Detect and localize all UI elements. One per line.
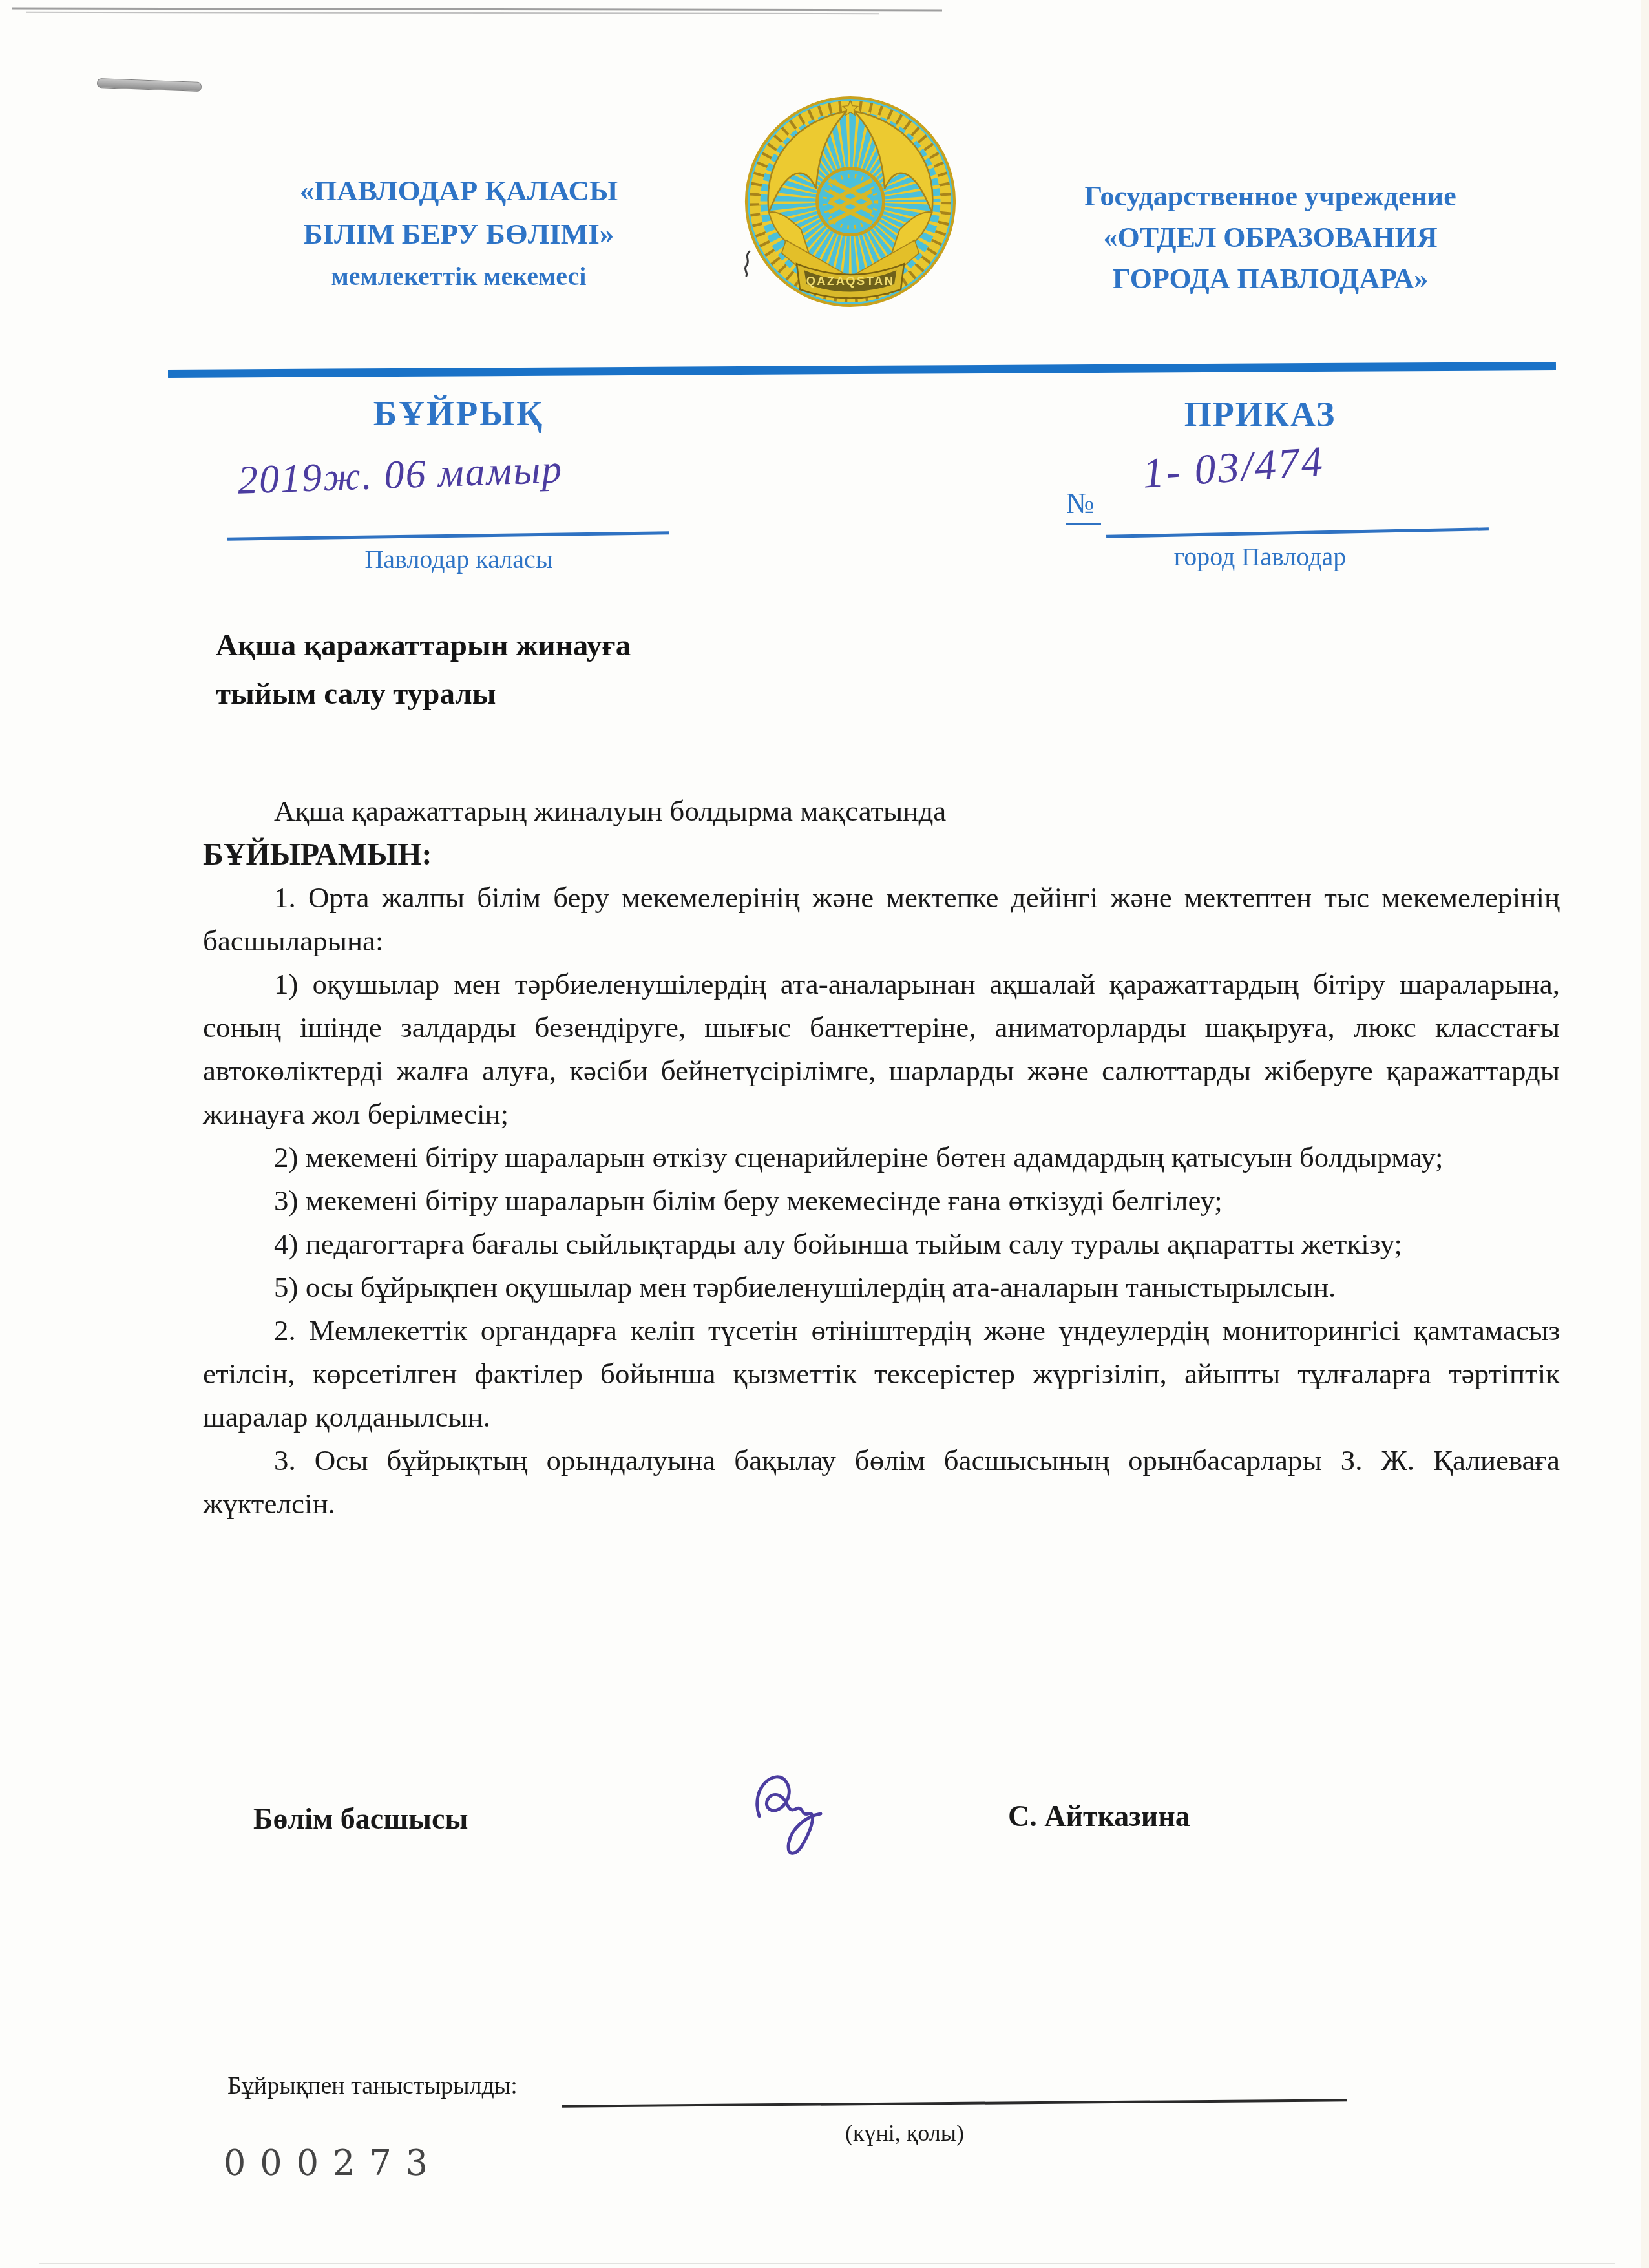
date-underline [227,531,669,541]
acknowledgement-label: Бұйрықпен таныстырылды: [227,2072,518,2100]
body-paragraph: 1) оқушылар мен тәрбиеленушілердің ата-а… [203,963,1560,1136]
place-kazakh: Павлодар каласы [194,544,724,574]
body-paragraph: 3. Осы бұйрықтың орындалуына бақылау бөл… [203,1439,1560,1526]
scanned-order-document: «ПАВЛОДАР ҚАЛАСЫ БІЛІМ БЕРУ БӨЛІМІ» мемл… [0,0,1649,2268]
order-body: Ақша қаражаттарың жиналуын болдырма мақс… [203,790,1560,1526]
org-ru-line3: ГОРОДА ПАВЛОДАРА» [1012,258,1529,300]
order-title-russian: ПРИКАЗ [1047,394,1473,434]
scan-edge-line-2 [26,12,879,14]
body-paragraph: 2) мекемені бітіру шараларын өткізу сцен… [203,1136,1560,1179]
number-underline [1106,527,1489,538]
signatory-name: С. Айтказина [1008,1799,1190,1833]
body-paragraph: 3) мекемені бітіру шараларын білім беру … [203,1179,1560,1223]
number-sign: № [1066,486,1101,525]
handwritten-date: 2019ж. 06 мамыр [237,446,563,504]
registration-stamp-number: 000273 [224,2143,442,2183]
handwritten-order-number: 1- 03/474 [1141,437,1326,498]
body-paragraph: 2. Мемлекеттік органдарға келіп түсетін … [203,1309,1560,1439]
emblem-country-label: QAZAQSTAN [806,275,895,288]
subject-line1: Ақша қаражаттарын жинауға [216,622,631,670]
header-divider-rule [168,362,1556,378]
org-kk-line3: мемлекеттік мекемесі [194,256,724,297]
kazakhstan-emblem-icon: QAZAQSTAN [743,92,958,318]
signature-scribble [722,1752,845,1875]
org-name-kazakh: «ПАВЛОДАР ҚАЛАСЫ БІЛІМ БЕРУ БӨЛІМІ» мемл… [194,169,724,297]
order-verb: БҰЙЫРАМЫН: [203,833,1560,876]
scan-edge-line [12,7,942,11]
body-paragraph: Ақша қаражаттарың жиналуын болдырма мақс… [203,790,1560,833]
staple-mark [97,78,202,92]
subject-line2: тыйым салу туралы [216,670,631,719]
order-subject: Ақша қаражаттарын жинауға тыйым салу тур… [216,622,631,719]
body-paragraph: 1. Орта жалпы білім беру мекемелерінің ж… [203,876,1560,963]
body-paragraph: 5) осы бұйрықпен оқушылар мен тәрбиелену… [203,1266,1560,1309]
org-kk-line1: «ПАВЛОДАР ҚАЛАСЫ [194,169,724,213]
org-ru-line1: Государственное учреждение [1012,176,1529,217]
org-kk-line2: БІЛІМ БЕРУ БӨЛІМІ» [194,213,724,256]
order-title-kazakh: БҰЙРЫҚ [194,393,724,434]
signatory-role: Бөлім басшысы [253,1801,468,1836]
scan-edge-tint [1641,0,1649,2268]
place-russian: город Павлодар [1047,541,1473,572]
org-name-russian: Государственное учреждение «ОТДЕЛ ОБРАЗО… [1012,176,1529,300]
org-ru-line2: «ОТДЕЛ ОБРАЗОВАНИЯ [1012,217,1529,258]
body-paragraph: 4) педагогтарға бағалы сыйлықтарды алу б… [203,1223,1560,1266]
acknowledgement-line [562,2099,1347,2108]
acknowledgement-note: (күні, қолы) [762,2119,1047,2147]
scan-bottom-line [39,2263,1615,2264]
